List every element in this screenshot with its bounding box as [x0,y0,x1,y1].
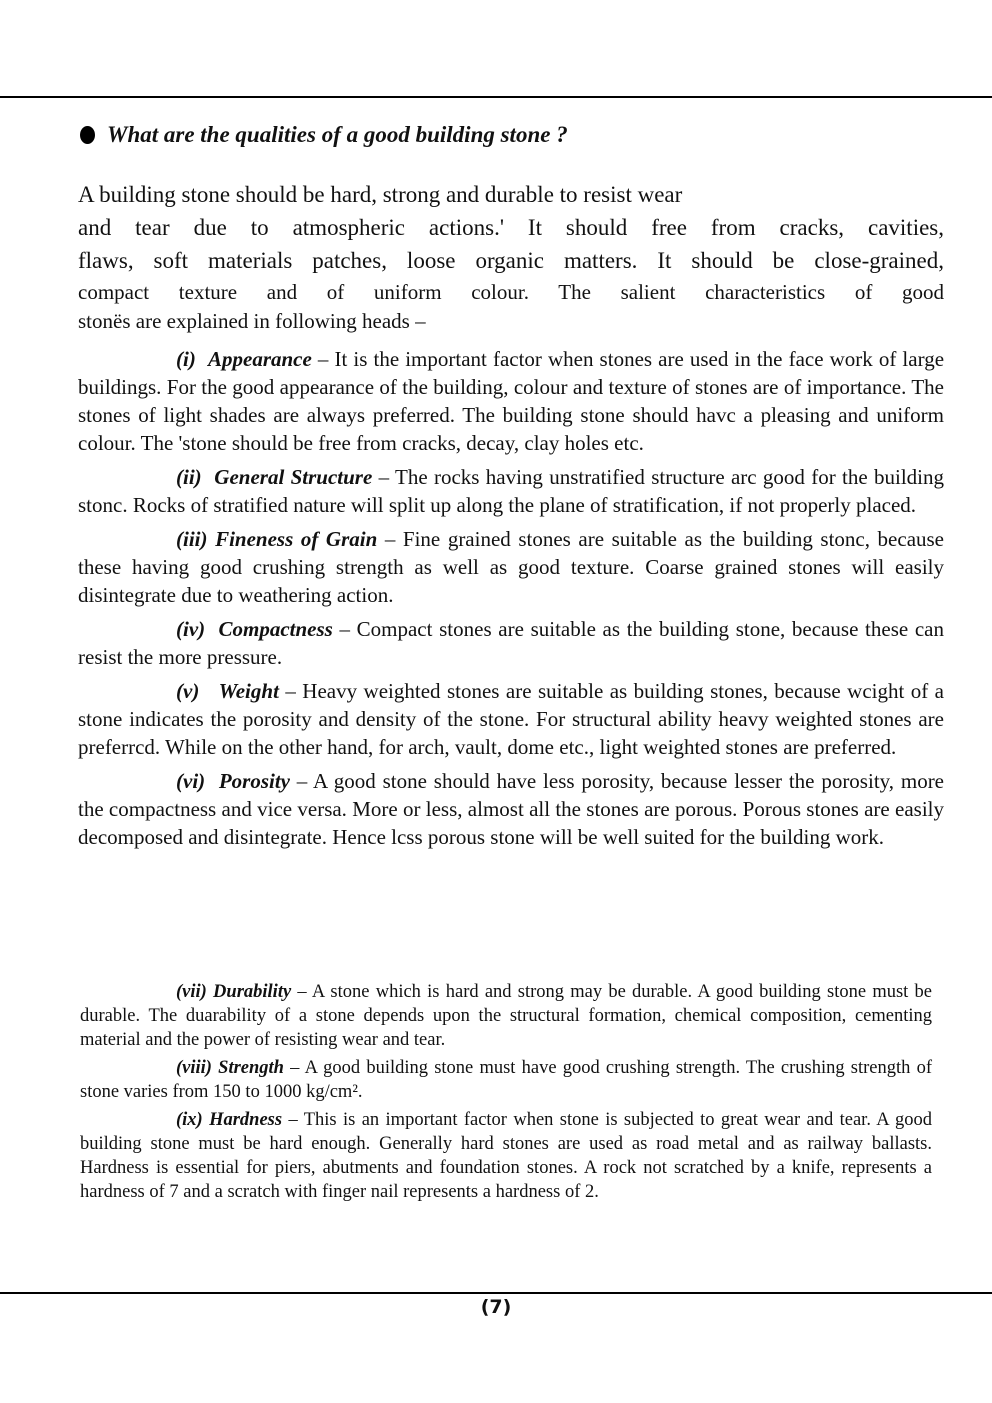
bottom-rule [0,1292,992,1294]
intro-line: A building stone should be hard, strong … [78,178,818,211]
list-item-compactness: (iv) Compactness – Compact stones are su… [78,615,944,671]
characteristics-list-continued: (vii) Durability – A stone which is hard… [80,980,932,1208]
intro-line: and tear due to atmospheric actions.' It… [78,211,944,244]
list-item-strength: (viii) Strength – A good building stone … [80,1056,932,1104]
list-item-weight: (v) Weight – Heavy weighted stones are s… [78,677,944,761]
section-heading: What are the qualities of a good buildin… [80,122,568,148]
list-item-hardness: (ix) Hardness – This is an important fac… [80,1108,932,1204]
heading-text: What are the qualities of a good buildin… [107,122,568,148]
list-item-appearance: (i) Appearance – It is the important fac… [78,345,944,457]
list-item-durability: (vii) Durability – A stone which is hard… [80,980,932,1052]
intro-line: compact texture and of uniform colour. T… [78,277,944,307]
list-item-fineness-of-grain: (iii) Fineness of Grain – Fine grained s… [78,525,944,609]
list-item-general-structure: (ii) General Structure – The rocks havin… [78,463,944,519]
intro-line: stonës are explained in following heads … [78,307,944,335]
page-number: (7) [0,1296,992,1318]
intro-paragraph: A building stone should be hard, strong … [78,178,944,335]
bullet-icon [80,126,95,144]
top-rule [0,96,992,98]
intro-line: flaws, soft materials patches, loose org… [78,244,944,277]
list-item-porosity: (vi) Porosity – A good stone should have… [78,767,944,851]
characteristics-list: (i) Appearance – It is the important fac… [78,345,944,857]
